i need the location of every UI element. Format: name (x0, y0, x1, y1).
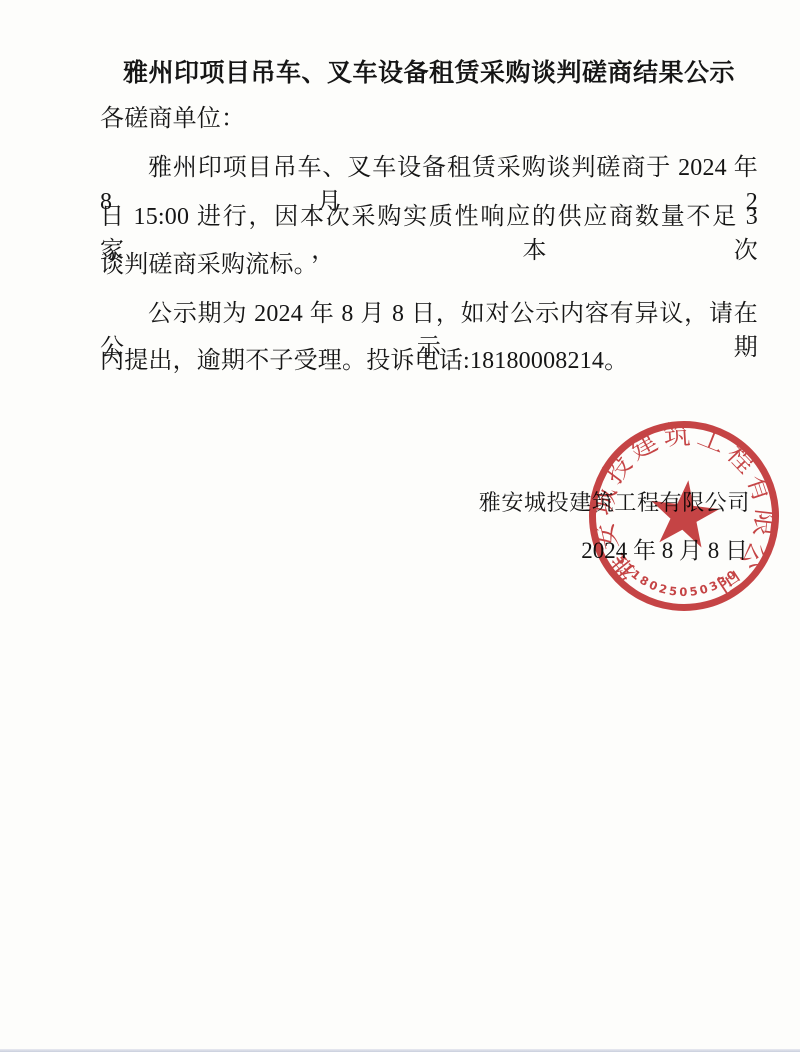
paragraph2-line2: 内提出，逾期不子受理。投诉电话:18180008214。 (100, 344, 758, 378)
scanned-document-page: 雅州印项目吊车、叉车设备租赁采购谈判磋商结果公示 各磋商单位： 雅州印项目吊车、… (0, 0, 800, 1052)
paragraph1-line3: 谈判磋商采购流标。 (100, 248, 758, 282)
star-icon (647, 476, 723, 549)
salutation-line: 各磋商单位： (100, 102, 758, 136)
document-title: 雅州印项目吊车、叉车设备租赁采购谈判磋商结果公示 (100, 56, 758, 90)
company-seal: 雅安城投建筑工程有限公司 5118025050330 (584, 416, 784, 616)
